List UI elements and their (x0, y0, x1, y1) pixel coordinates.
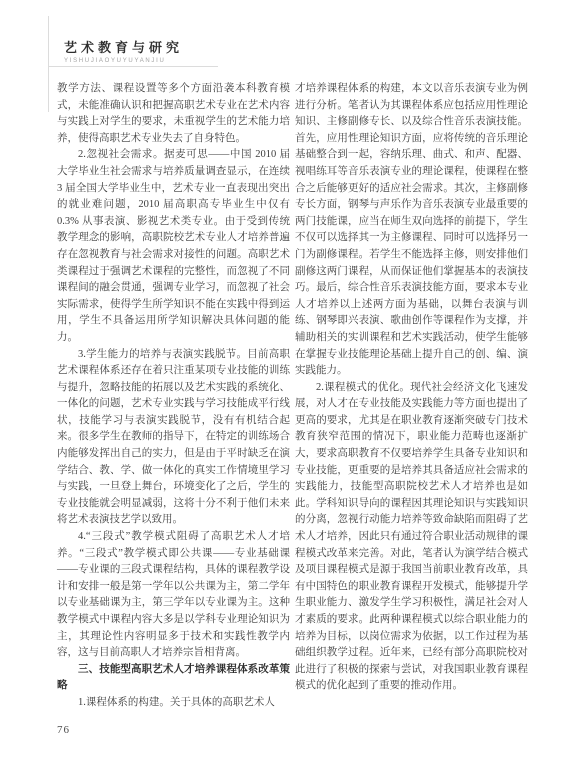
body-paragraph: 教学方法、课程设置等多个方面沿袭本科教育模式，未能准确认识和把握高职艺术专业在艺… (57, 81, 290, 147)
body-paragraph: 3.学生能力的培养与表演实践脱节。目前高职艺术课程体系还存在着只注重某项专业技能… (57, 347, 290, 530)
body-paragraph: 2.课程模式的优化。现代社会经济文化飞速发展，对人才在专业技能及实践能力等方面也… (295, 380, 528, 695)
article-body: 教学方法、课程设置等多个方面沿袭本科教育模式，未能准确认识和把握高职艺术专业在艺… (57, 81, 528, 712)
body-paragraph: 1.课程体系的构建。关于具体的高职艺术人 (57, 695, 290, 712)
header-underline-rule (48, 66, 218, 67)
right-column: 才培养课程体系的构建，本文以音乐表演专业为例进行分析。笔者认为其课程体系应包括应… (295, 81, 528, 712)
journal-header: 艺术教育与研究 YISHUJIAOYUYUYANJIU (64, 37, 183, 64)
body-paragraph: 4.“三段式”教学模式阻碍了高职艺术人才培养。“三段式”教学模式即公共课——专业… (57, 529, 290, 662)
body-paragraph: 才培养课程体系的构建，本文以音乐表演专业为例进行分析。笔者认为其课程体系应包括应… (295, 81, 528, 380)
journal-title-pinyin: YISHUJIAOYUYUYANJIU (64, 58, 183, 64)
body-paragraph: 2.忽视社会需求。据麦可思——中国 2010 届大学毕业生社会需求与培养质量调查… (57, 147, 290, 346)
left-margin-rule (48, 16, 49, 112)
journal-title: 艺术教育与研究 (64, 37, 183, 56)
journal-scan-page: 艺术教育与研究 YISHUJIAOYUYUYANJIU 教学方法、课程设置等多个… (0, 0, 565, 768)
left-column: 教学方法、课程设置等多个方面沿袭本科教育模式，未能准确认识和把握高职艺术专业在艺… (57, 81, 290, 712)
section-heading: 三、技能型高职艺术人才培养课程体系改革策略 (57, 662, 290, 695)
page-number: 76 (57, 724, 70, 736)
